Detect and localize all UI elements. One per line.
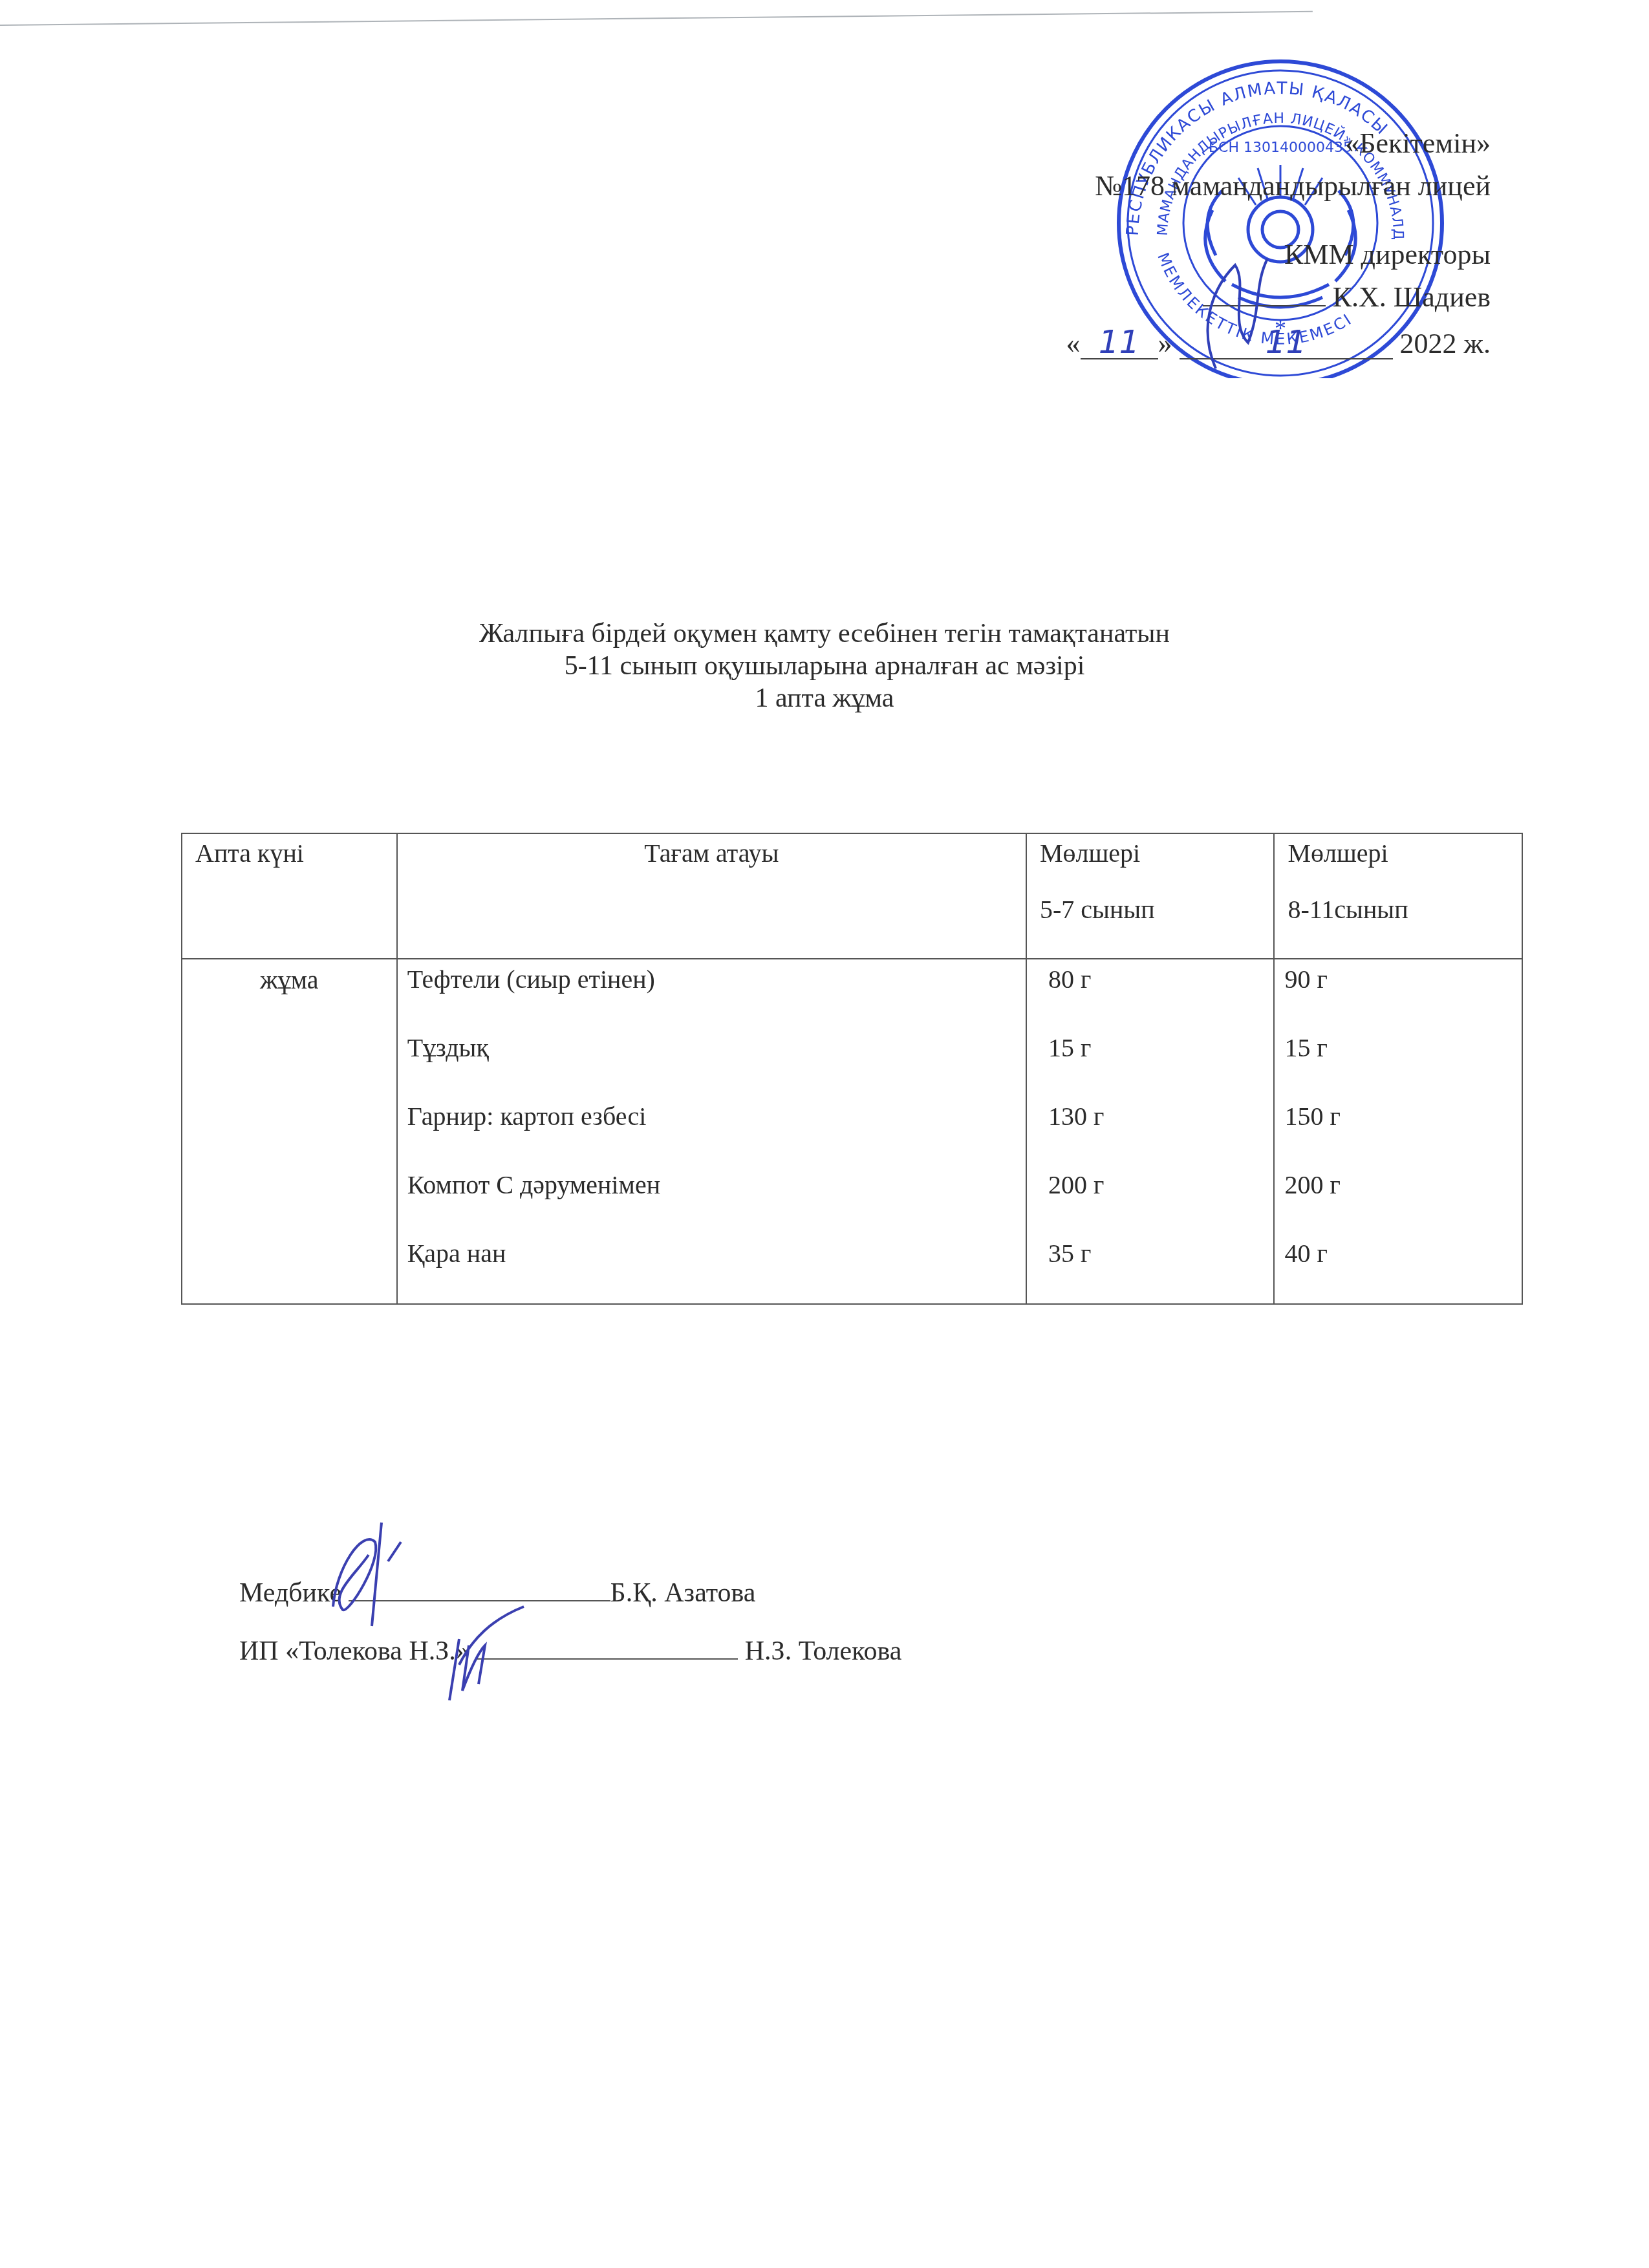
approval-heading: «Бекітемін»: [1066, 129, 1491, 172]
qty-8-11-value: 150 г: [1275, 1097, 1521, 1166]
scan-edge-line: [0, 11, 1313, 26]
approval-organization: №178 мамандандырылған лицей: [1066, 172, 1491, 215]
qty-8-11-value: 40 г: [1275, 1234, 1521, 1303]
document-title: Жалпыға бірдей оқумен қамту есебінен тег…: [0, 617, 1649, 714]
supplier-signature-icon: [362, 1600, 556, 1704]
menu-table: Апта күні Тағам атауы Мөлшері 5-7 сынып …: [181, 833, 1523, 1305]
table-row: жұма Тефтели (сиыр етінен)ТұздықГарнир: …: [182, 959, 1522, 1304]
header-qty-8-11: Мөлшері 8-11сынып: [1274, 833, 1522, 959]
header-dish: Тағам атауы: [397, 833, 1026, 959]
qty-5-7-value: 15 г: [1028, 1029, 1273, 1097]
qty-8-11-cell: 90 г15 г150 г200 г40 г: [1274, 959, 1522, 1304]
table-header-row: Апта күні Тағам атауы Мөлшері 5-7 сынып …: [182, 833, 1522, 959]
dish-name: Қара нан: [398, 1234, 1025, 1303]
nurse-name: Б.Қ. Азатова: [610, 1578, 756, 1608]
supplier-name: Н.З. Толекова: [745, 1636, 902, 1666]
qty-5-7-value: 200 г: [1028, 1166, 1273, 1234]
dish-name: Гарнир: картоп езбесі: [398, 1097, 1025, 1166]
date-day: 11: [1099, 323, 1140, 361]
qty-8-11-value: 90 г: [1275, 960, 1521, 1029]
date-year: 2022 ж.: [1400, 328, 1491, 359]
title-line-1: Жалпыға бірдей оқумен қамту есебінен тег…: [0, 617, 1649, 650]
signature-supplier: ИП «Толекова Н.З.» Н.З. Толекова: [239, 1636, 901, 1667]
header-day: Апта күні: [182, 833, 397, 959]
dish-name: Тефтели (сиыр етінен): [398, 960, 1025, 1029]
title-line-2: 5-11 сынып оқушыларына арналған ас мәзір…: [0, 650, 1649, 682]
qty-8-11-value: 15 г: [1275, 1029, 1521, 1097]
director-name: К.Х. Шадиев: [1333, 281, 1491, 313]
dish-name: Тұздық: [398, 1029, 1025, 1097]
qty-5-7-cell: 80 г15 г130 г200 г35 г: [1026, 959, 1275, 1304]
qty-5-7-value: 130 г: [1028, 1097, 1273, 1166]
qty-5-7-value: 80 г: [1028, 960, 1273, 1029]
day-cell: жұма: [182, 959, 397, 1304]
qty-5-7-value: 35 г: [1028, 1234, 1273, 1303]
dish-name: Компот С дәруменімен: [398, 1166, 1025, 1234]
title-line-3: 1 апта жұма: [0, 682, 1649, 714]
dish-cell: Тефтели (сиыр етінен)ТұздықГарнир: карто…: [397, 959, 1026, 1304]
qty-8-11-value: 200 г: [1275, 1166, 1521, 1234]
director-signature-icon: [1190, 246, 1280, 375]
header-qty-5-7: Мөлшері 5-7 сынып: [1026, 833, 1275, 959]
